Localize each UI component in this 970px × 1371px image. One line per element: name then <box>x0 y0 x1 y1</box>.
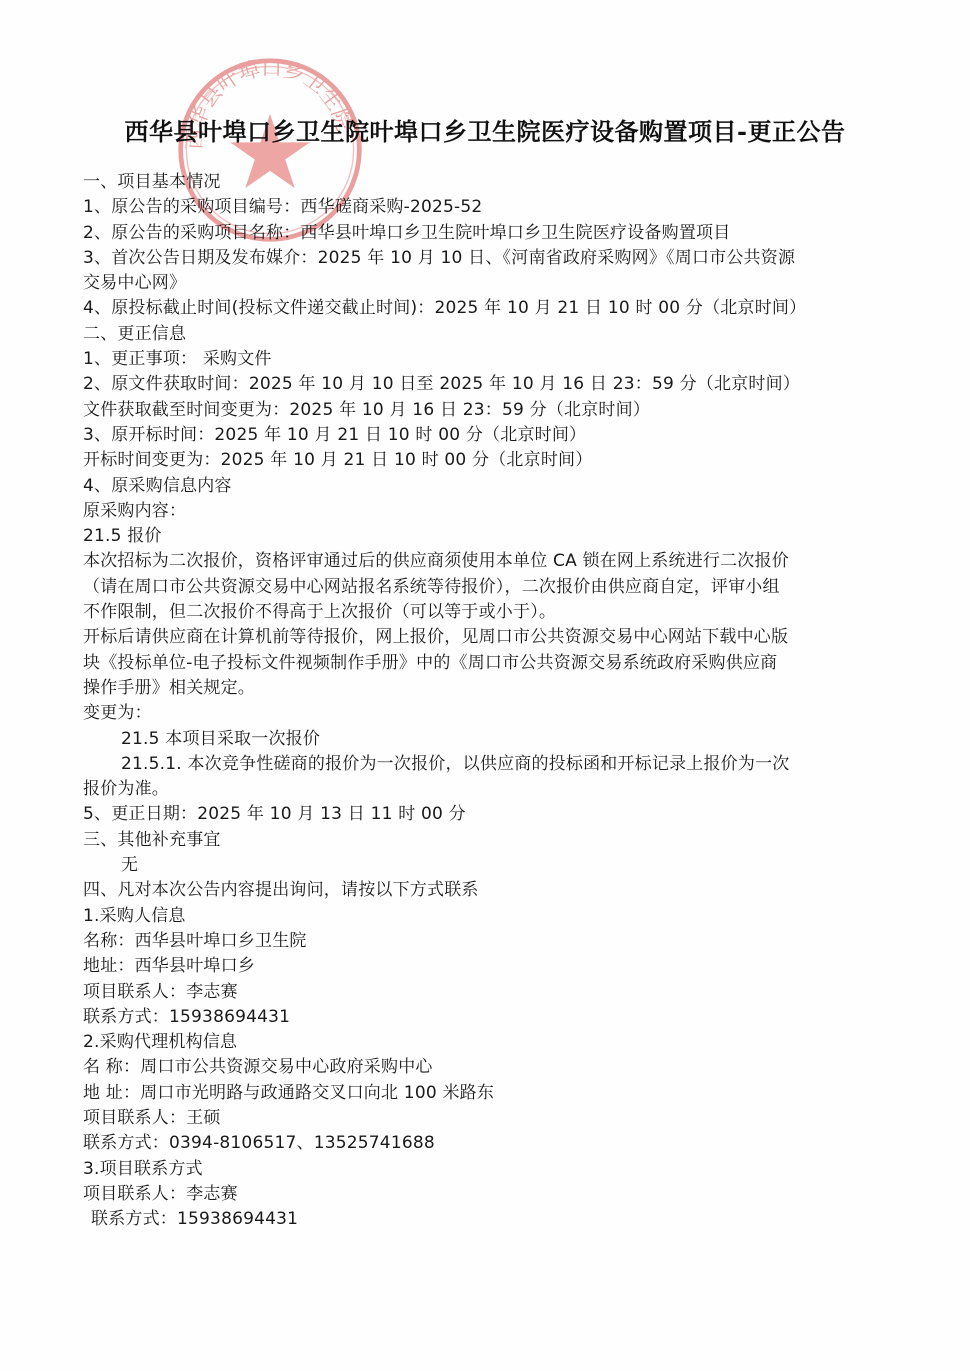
document-line: 名 称：周口市公共资源交易中心政府采购中心 <box>83 1055 893 1080</box>
document-line: 联系方式：15938694431 <box>83 1207 893 1232</box>
document-line: 开标后请供应商在计算机前等待报价，网上报价，见周口市公共资源交易中心网站下载中心… <box>83 625 893 650</box>
document-line: 21.5 本项目采取一次报价 <box>83 727 893 752</box>
document-line: 本次招标为二次报价，资格评审通过后的供应商须使用本单位 CA 锁在网上系统进行二… <box>83 549 893 574</box>
document-line: 联系方式：15938694431 <box>83 1005 893 1030</box>
document-line: 开标时间变更为：2025 年 10 月 21 日 10 时 00 分（北京时间） <box>83 448 893 473</box>
document-title: 西华县叶埠口乡卫生院叶埠口乡卫生院医疗设备购置项目-更正公告 <box>0 112 970 147</box>
document-line: 4、原采购信息内容 <box>83 474 893 499</box>
document-line: 21.5 报价 <box>83 524 893 549</box>
document-line: 地 址：周口市光明路与政通路交叉口向北 100 米路东 <box>83 1081 893 1106</box>
document-line: 5、更正日期：2025 年 10 月 13 日 11 时 00 分 <box>83 802 893 827</box>
document-line: 地址：西华县叶埠口乡 <box>83 954 893 979</box>
document-page: 西华县叶埠口乡卫生院 西华县叶埠口乡卫生院叶埠口乡卫生院医疗设备购置项目-更正公… <box>0 0 970 1371</box>
document-line: 2.采购代理机构信息 <box>83 1030 893 1055</box>
document-line: 2、原文件获取时间：2025 年 10 月 10 日至 2025 年 10 月 … <box>83 372 893 397</box>
document-line: 4、原投标截止时间(投标文件递交截止时间)：2025 年 10 月 21 日 1… <box>83 296 893 321</box>
document-line: 变更为： <box>83 701 893 726</box>
document-line: （请在周口市公共资源交易中心网站报名系统等待报价），二次报价由供应商自定，评审小… <box>83 575 893 600</box>
document-line: 3、原开标时间：2025 年 10 月 21 日 10 时 00 分（北京时间） <box>83 423 893 448</box>
document-line: 3、首次公告日期及发布媒介：2025 年 10 月 10 日、《河南省政府采购网… <box>83 246 893 271</box>
document-line: 块《投标单位-电子投标文件视频制作手册》中的《周口市公共资源交易系统政府采购供应… <box>83 651 893 676</box>
document-line: 项目联系人：李志赛 <box>83 980 893 1005</box>
document-line: 21.5.1. 本次竞争性磋商的报价为一次报价，以供应商的投标函和开标记录上报价… <box>83 752 893 777</box>
document-line: 项目联系人：李志赛 <box>83 1182 893 1207</box>
document-line: 3.项目联系方式 <box>83 1157 893 1182</box>
document-line: 1、更正事项： 采购文件 <box>83 347 893 372</box>
document-line: 操作手册》相关规定。 <box>83 676 893 701</box>
document-line: 原采购内容： <box>83 499 893 524</box>
document-body: 一、项目基本情况1、原公告的采购项目编号：西华磋商采购-2025-522、原公告… <box>83 170 893 1232</box>
document-line: 交易中心网》 <box>83 271 893 296</box>
document-line: 一、项目基本情况 <box>83 170 893 195</box>
document-line: 四、凡对本次公告内容提出询问，请按以下方式联系 <box>83 878 893 903</box>
document-line: 1、原公告的采购项目编号：西华磋商采购-2025-52 <box>83 195 893 220</box>
document-line: 2、原公告的采购项目名称：西华县叶埠口乡卫生院叶埠口乡卫生院医疗设备购置项目 <box>83 221 893 246</box>
document-line: 无 <box>83 853 893 878</box>
document-line: 1.采购人信息 <box>83 904 893 929</box>
document-line: 联系方式：0394-8106517、13525741688 <box>83 1131 893 1156</box>
document-line: 二、更正信息 <box>83 322 893 347</box>
document-line: 不作限制，但二次报价不得高于上次报价（可以等于或小于）。 <box>83 600 893 625</box>
document-line: 文件获取截至时间变更为：2025 年 10 月 16 日 23：59 分（北京时… <box>83 398 893 423</box>
document-line: 项目联系人：王硕 <box>83 1106 893 1131</box>
document-line: 名称：西华县叶埠口乡卫生院 <box>83 929 893 954</box>
document-line: 三、其他补充事宜 <box>83 828 893 853</box>
document-line: 报价为准。 <box>83 777 893 802</box>
